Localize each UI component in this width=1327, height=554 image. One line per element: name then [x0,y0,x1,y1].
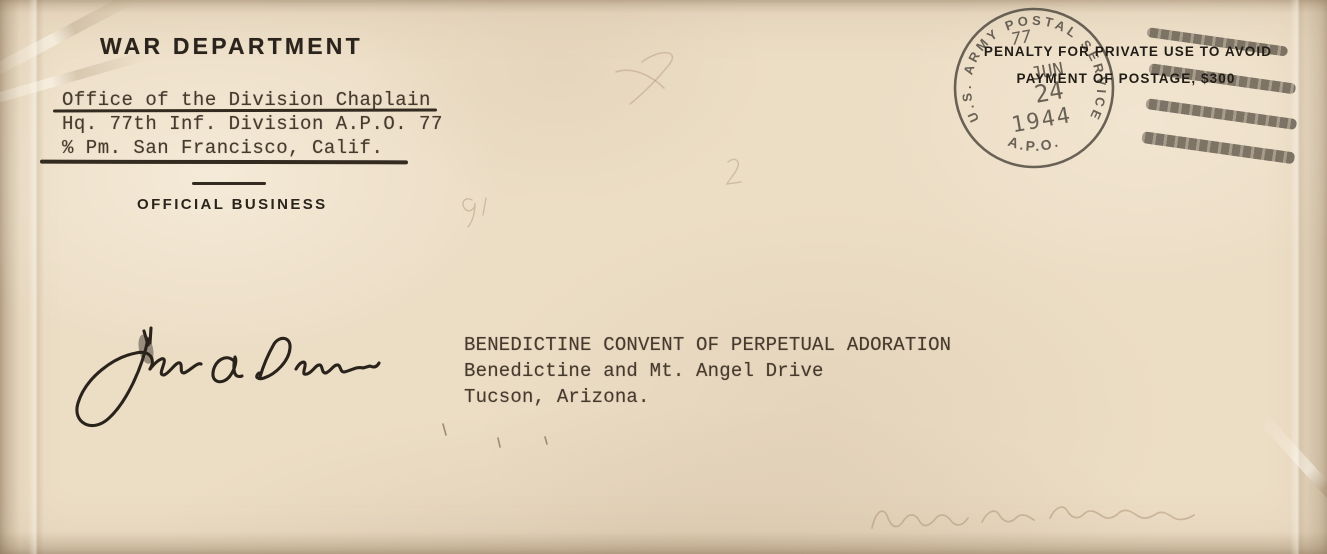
pencil-doodle-top-center [616,53,672,104]
envelope-front: WAR DEPARTMENT Office of the Division Ch… [0,0,1327,554]
pencil-mark-left [463,198,486,227]
penalty-notice-line-1: PENALTY FOR PRIVATE USE TO AVOID [978,44,1278,59]
pencil-mark-mid [727,159,741,184]
pencil-note [872,507,1194,528]
pencil-ticks [443,424,547,447]
penalty-notice-line-2: PAYMENT OF POSTAGE, $300 [976,71,1276,86]
